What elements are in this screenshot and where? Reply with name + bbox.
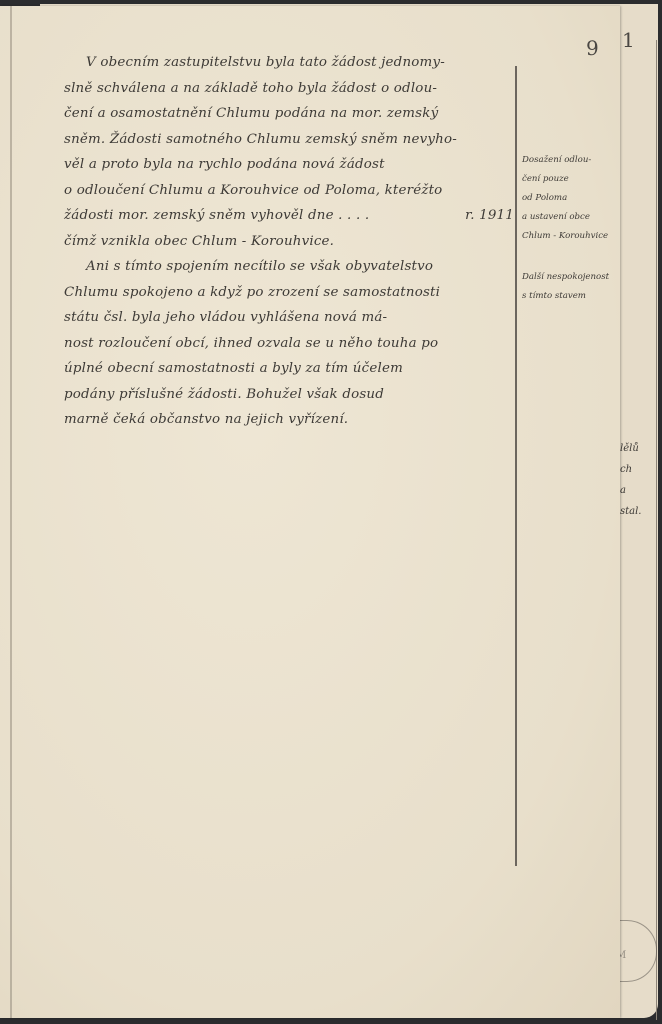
- page-number: 9: [586, 36, 599, 60]
- date-year: r. 1911: [465, 203, 514, 229]
- underlying-page-margin-text: lělů ch a stal.: [620, 438, 642, 522]
- text-line: marně čeká občanstvo na jejich vyřízení.: [64, 407, 514, 433]
- fragment: lělů: [620, 438, 642, 459]
- paragraph-1: V obecním zastupitelstvu byla tato žádos…: [64, 50, 514, 254]
- fragment: ch: [620, 459, 642, 480]
- underlying-page-margin-rule: [656, 40, 657, 1020]
- margin-note-1: Dosažení odlou- čení pouze od Poloma a u…: [522, 151, 622, 246]
- margin-note-line: Další nespokojenost: [522, 268, 622, 287]
- text-line: V obecním zastupitelstvu byla tato žádos…: [64, 50, 514, 76]
- text-line: slně schválena a na základě toho byla žá…: [64, 76, 514, 102]
- text-line: podány příslušné žádosti. Bohužel však d…: [64, 382, 514, 408]
- text-line: sněm. Žádosti samotného Chlumu zemský sn…: [64, 127, 514, 153]
- margin-note-line: od Poloma: [522, 189, 622, 208]
- margin-notes: Dosažení odlou- čení pouze od Poloma a u…: [522, 151, 622, 328]
- main-text-body: V obecním zastupitelstvu byla tato žádos…: [64, 50, 514, 433]
- page-left-edge: [10, 6, 12, 1018]
- margin-note-line: a ustavení obce: [522, 208, 622, 227]
- margin-note-line: s tímto stavem: [522, 287, 622, 306]
- text-line: žádosti mor. zemský sněm vyhověl dne . .…: [64, 208, 369, 223]
- fragment: stal.: [620, 501, 642, 522]
- text-line: věl a proto byla na rychlo podána nová ž…: [64, 152, 514, 178]
- text-line: Ani s tímto spojením necítilo se však ob…: [64, 254, 514, 280]
- margin-note-line: čení pouze: [522, 170, 622, 189]
- text-line: o odloučení Chlumu a Korouhvice od Polom…: [64, 178, 514, 204]
- text-line: Chlumu spokojeno a když po zrození se sa…: [64, 280, 514, 306]
- margin-note-line: Chlum - Korouhvice: [522, 227, 622, 246]
- text-line: nost rozloučení obcí, ihned ozvala se u …: [64, 331, 514, 357]
- margin-note-2: Další nespokojenost s tímto stavem: [522, 268, 622, 306]
- text-line: úplné obecní samostatnosti a byly za tím…: [64, 356, 514, 382]
- manuscript-page: 9 V obecním zastupitelstvu byla tato žád…: [0, 6, 620, 1018]
- text-line: čímž vznikla obec Chlum - Korouhvice.: [64, 229, 514, 255]
- text-line: státu čsl. byla jeho vládou vyhlášena no…: [64, 305, 514, 331]
- margin-note-line: Dosažení odlou-: [522, 151, 622, 170]
- text-line: čení a osamostatnění Chlumu podána na mo…: [64, 101, 514, 127]
- margin-rule: [515, 66, 517, 866]
- text-line-with-date: žádosti mor. zemský sněm vyhověl dne . .…: [64, 203, 514, 229]
- fragment: a: [620, 480, 642, 501]
- underlying-page-number: 1: [622, 28, 635, 52]
- paragraph-2: Ani s tímto spojením necítilo se však ob…: [64, 254, 514, 433]
